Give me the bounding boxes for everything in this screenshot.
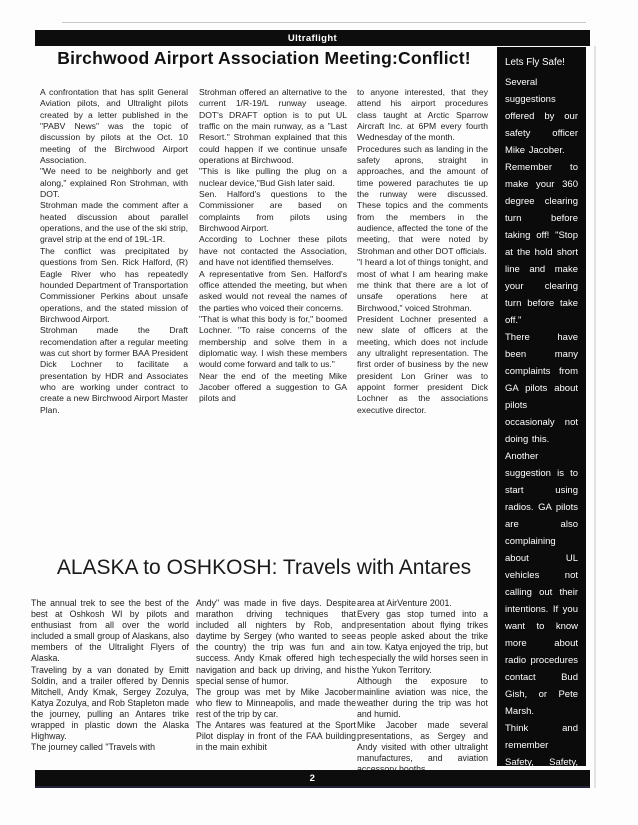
sidebar-paragraph: Several suggestions offered by our safet…: [505, 74, 578, 159]
article2-column-1: The annual trek to see the best of the b…: [31, 598, 189, 753]
paragraph: The annual trek to see the best of the b…: [31, 598, 189, 665]
paragraph: Procedures such as landing in the safety…: [357, 144, 488, 257]
paragraph: Sen. Halford's questions to the Commissi…: [199, 189, 347, 234]
paragraph: According to Lochner these pilots have n…: [199, 234, 347, 268]
paragraph: "That is what this body is for," boomed …: [199, 314, 347, 371]
paragraph: Near the end of the meeting Mike Jacober…: [199, 371, 347, 405]
scan-artifact-right-edge: [594, 46, 596, 788]
article2-column-3: area at AirVenture 2001. Every gas stop …: [357, 598, 488, 776]
footer-bar: 2: [35, 770, 590, 788]
paragraph: Strohman offered an alternative to the c…: [199, 87, 347, 166]
sidebar-paragraph: Think and remember Safety, Safety, Safet…: [505, 720, 578, 766]
paragraph: to anyone interested, that they attend h…: [357, 87, 488, 144]
masthead-bar: Ultraflight: [35, 30, 590, 46]
paragraph: President Lochner presented a new slate …: [357, 314, 488, 416]
paragraph: "This is like pulling the plug on a nucl…: [199, 166, 347, 189]
paragraph: Andy" was made in five days. Despite mar…: [196, 598, 356, 687]
masthead-title: Ultraflight: [288, 33, 337, 44]
paragraph: Mike Jacober made several presentations,…: [357, 720, 488, 775]
paragraph: The Antares was featured at the Sport Pi…: [196, 720, 356, 753]
article1-column-2: Strohman offered an alternative to the c…: [199, 87, 347, 405]
sidebar-paragraph: Remember to make your 360 degree clearin…: [505, 159, 578, 329]
paragraph: Traveling by a van donated by Emitt Sold…: [31, 665, 189, 743]
article2-headline: ALASKA to OSHKOSH: Travels with Antares: [25, 556, 503, 580]
paragraph: Every gas stop turned into a presentatio…: [357, 609, 488, 676]
article2-column-2: Andy" was made in five days. Despite mar…: [196, 598, 356, 753]
scan-artifact-top-line: [62, 22, 586, 23]
page-number: 2: [310, 773, 316, 784]
paragraph: Although the exposure to mainline aviati…: [357, 676, 488, 720]
safety-sidebar: Lets Fly Safe! Several suggestions offer…: [497, 47, 586, 766]
paragraph: Strohman made the comment after a heated…: [40, 200, 188, 245]
paragraph: The journey called "Travels with: [31, 742, 189, 753]
paragraph: A confrontation that has split General A…: [40, 87, 188, 166]
article1-column-3: to anyone interested, that they attend h…: [357, 87, 488, 416]
article1-headline: Birchwood Airport Association Meeting:Co…: [38, 48, 490, 69]
sidebar-paragraph: Another suggestion is to start using rad…: [505, 448, 578, 720]
sidebar-paragraph: There have been many complaints from GA …: [505, 329, 578, 448]
paragraph: "We need to be neighborly and get along,…: [40, 166, 188, 200]
newsletter-page: Ultraflight Birchwood Airport Associatio…: [0, 0, 638, 825]
paragraph: Strohman made the Draft recomendation af…: [40, 325, 188, 416]
article1-column-1: A confrontation that has split General A…: [40, 87, 188, 416]
paragraph: area at AirVenture 2001.: [357, 598, 488, 609]
paragraph: The group was met by Mike Jacober who fl…: [196, 687, 356, 720]
paragraph: "I heard a lot of things tonight, and mo…: [357, 257, 488, 314]
sidebar-title: Lets Fly Safe!: [505, 56, 578, 69]
paragraph: A representative from Sen. Halford's off…: [199, 269, 347, 314]
paragraph: The conflict was precipitated by questio…: [40, 246, 188, 325]
